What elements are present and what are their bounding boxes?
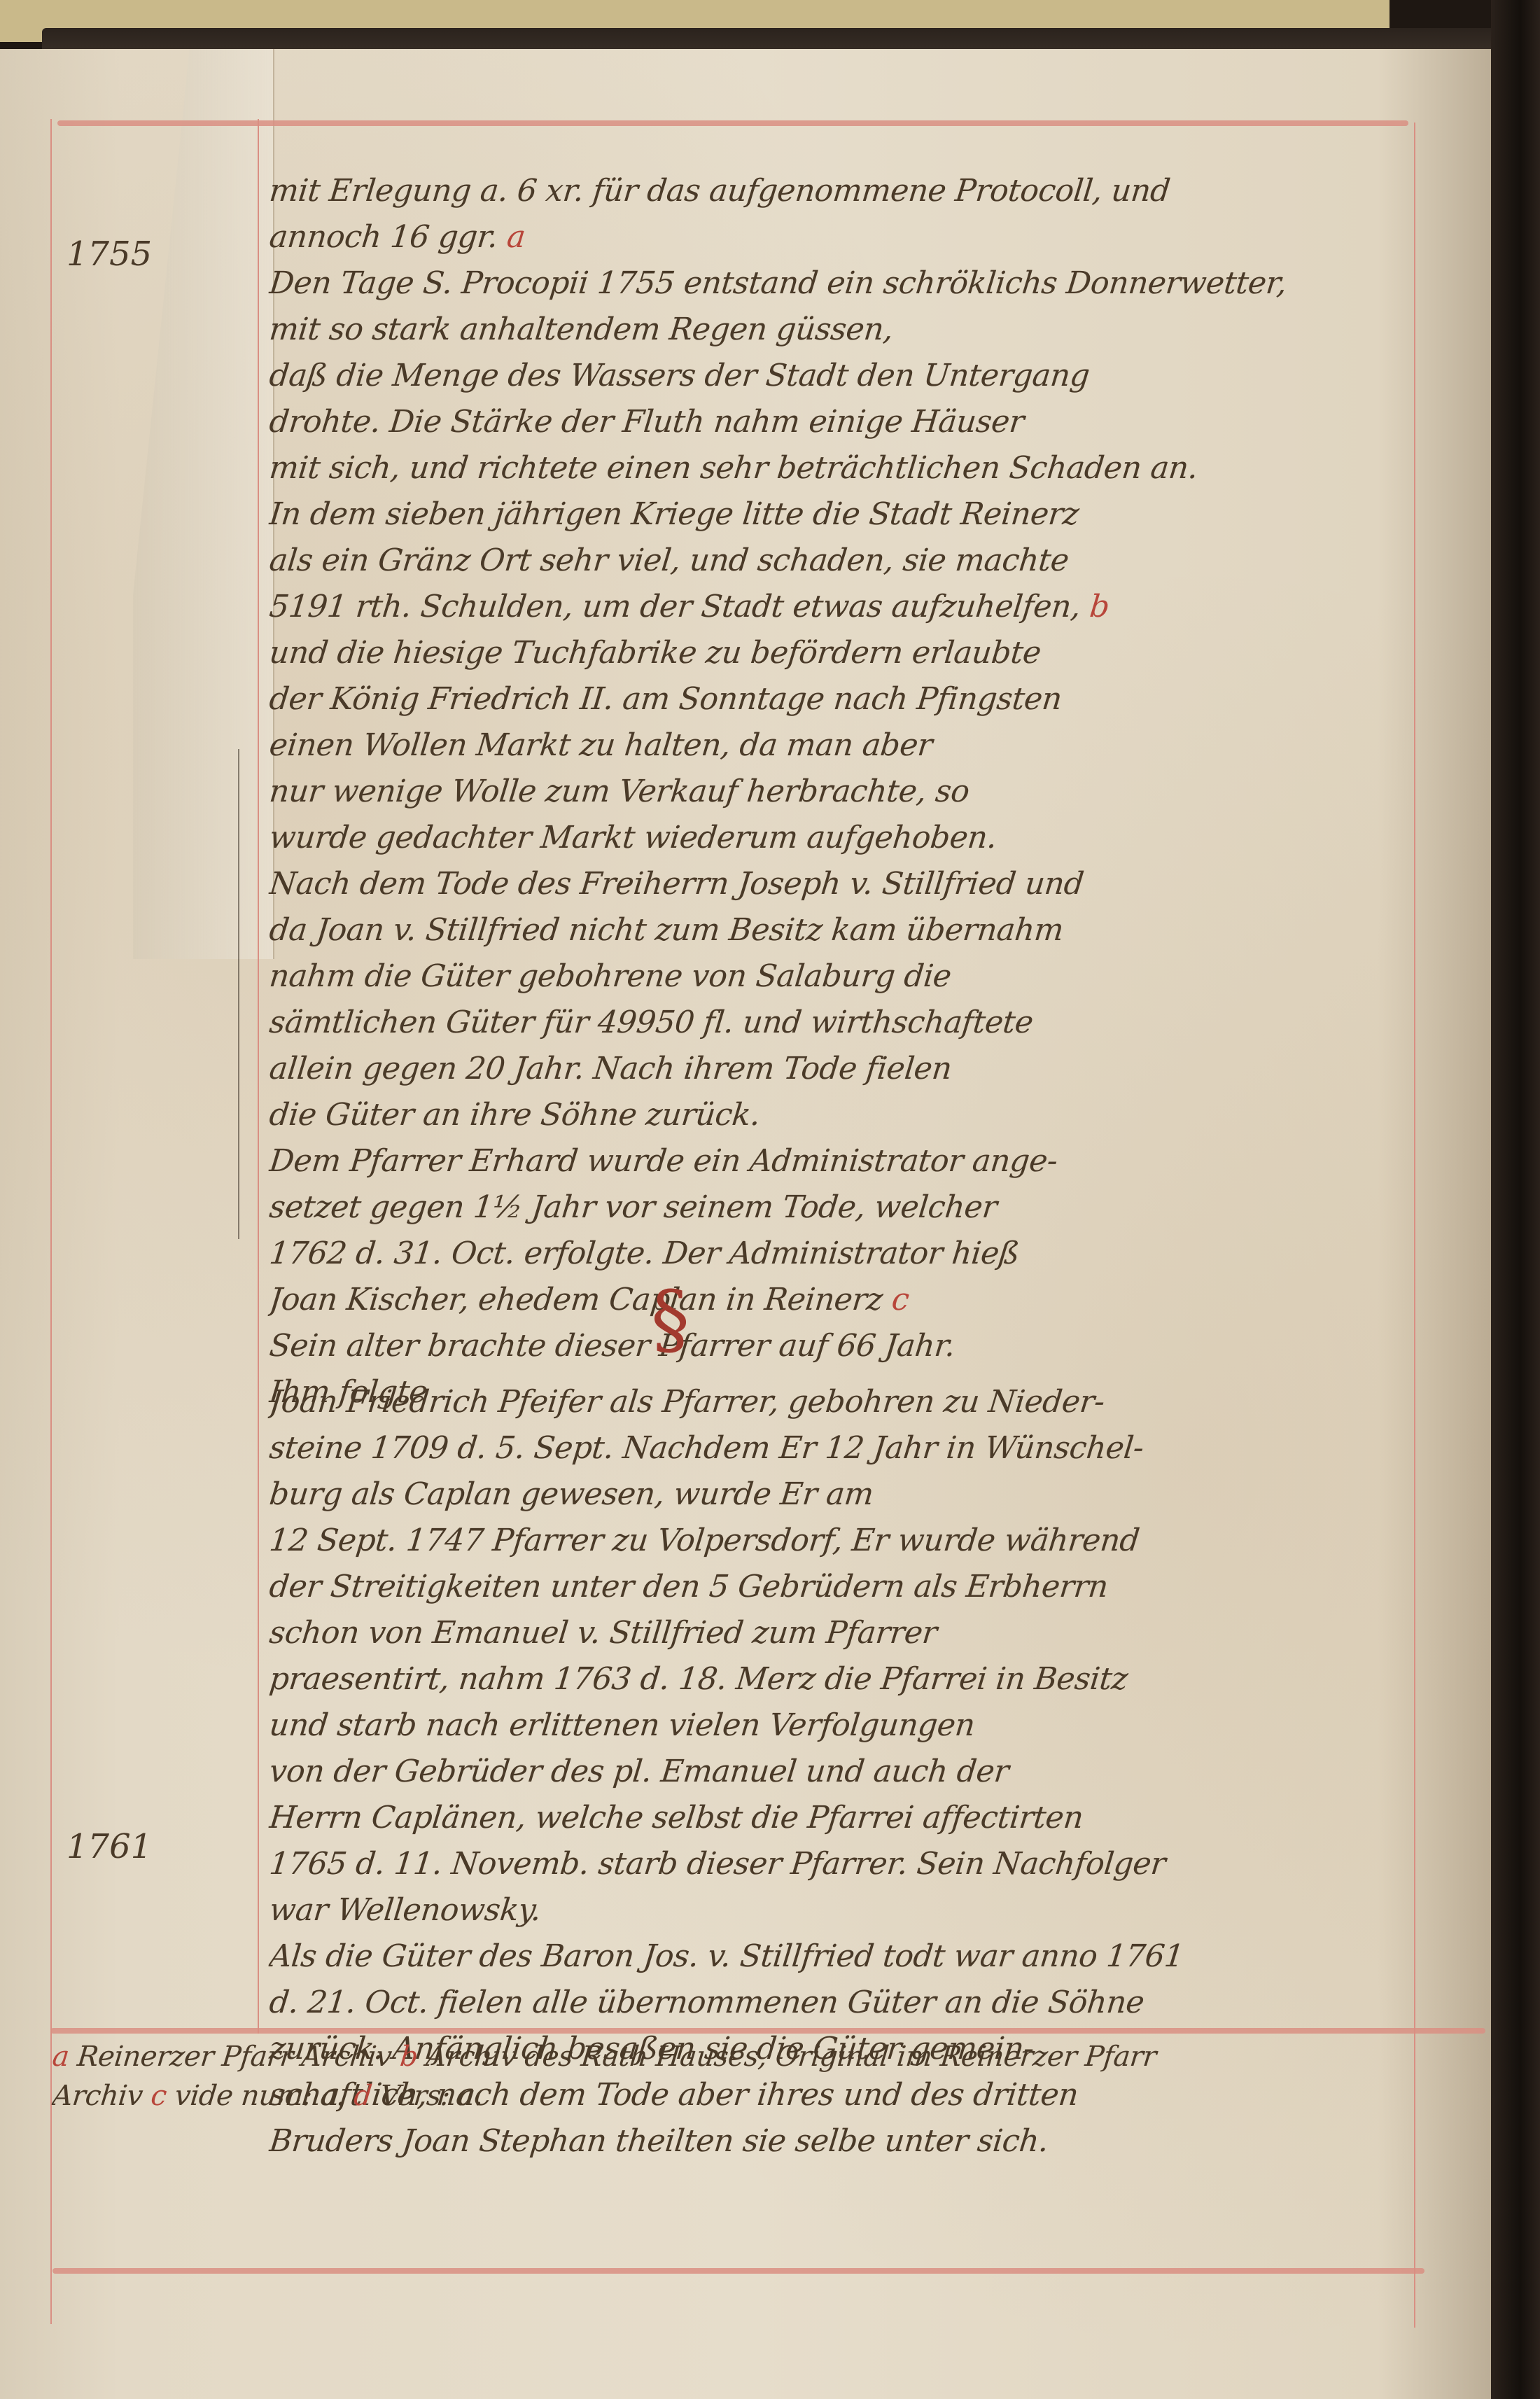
text-line: annoch 16 ggr. a bbox=[267, 214, 1420, 260]
text-line: Joan Kischer, ehedem Caplan in Reinerz c bbox=[267, 1277, 1420, 1323]
text-line: Bruders Joan Stephan theilten sie selbe … bbox=[267, 2118, 1420, 2164]
text-line: der König Friedrich II. am Sonntage nach… bbox=[267, 676, 1420, 722]
footnote-line: a Reinerzer Pfarr Archiv b Archiv des Ra… bbox=[50, 2037, 1420, 2076]
text-line: nur wenige Wolle zum Verkauf herbrachte,… bbox=[267, 769, 1420, 815]
text-line: In dem sieben jährigen Kriege litte die … bbox=[267, 491, 1420, 538]
manuscript-page: 1755 1761 mit Erlegung a. 6 xr. für das … bbox=[0, 49, 1498, 2399]
footnote-marker-b: b bbox=[1088, 589, 1111, 624]
text-line: der Streitigkeiten unter den 5 Gebrüdern… bbox=[267, 1564, 1420, 1610]
bottom-red-rule bbox=[52, 2268, 1424, 2274]
text-line: drohte. Die Stärke der Fluth nahm einige… bbox=[267, 399, 1420, 445]
text-line: Joan Friedrich Pfeifer als Pfarrer, gebo… bbox=[267, 1379, 1420, 1425]
text-line: burg als Caplan gewesen, wurde Er am bbox=[267, 1471, 1420, 1518]
text-line: Als die Güter des Baron Jos. v. Stillfri… bbox=[267, 1933, 1420, 1980]
section-sign: § bbox=[651, 1274, 689, 1364]
footnote-line: Archiv c vide num: a. d Vers: a. bbox=[50, 2076, 1420, 2115]
text-line: sämtlichen Güter für 49950 fl. und wirth… bbox=[267, 1000, 1420, 1046]
footnote-marker: d bbox=[352, 2080, 373, 2112]
margin-year-1761: 1761 bbox=[66, 1827, 152, 1866]
text-line: Dem Pfarrer Erhard wurde ein Administrat… bbox=[267, 1138, 1420, 1184]
text-line: und starb nach erlittenen vielen Verfolg… bbox=[267, 1702, 1420, 1749]
footnote-text: Archiv des Rath Hauses, Original im Rein… bbox=[425, 2041, 1158, 2073]
footnote-text: Vers: a. bbox=[379, 2080, 485, 2112]
footnote-marker: c bbox=[149, 2080, 168, 2112]
text-line: mit sich, und richtete einen sehr beträc… bbox=[267, 445, 1420, 491]
text-line: von der Gebrüder des pl. Emanuel und auc… bbox=[267, 1749, 1420, 1795]
footnote-text: vide num: a. bbox=[173, 2080, 346, 2112]
text-line: da Joan v. Stillfried nicht zum Besitz k… bbox=[267, 907, 1420, 953]
footnote-marker-a: a bbox=[505, 219, 527, 255]
text-line: die Güter an ihre Söhne zurück. bbox=[267, 1092, 1420, 1138]
text-line: Den Tage S. Procopii 1755 entstand ein s… bbox=[267, 260, 1420, 307]
book-binding-edge bbox=[1491, 0, 1540, 2399]
footnote-text: Reinerzer Pfarr Archiv bbox=[76, 2041, 393, 2073]
paper-repair-strip bbox=[133, 49, 274, 959]
text-line: wurde gedachter Markt wiederum aufgehobe… bbox=[267, 815, 1420, 861]
text-line: d. 21. Oct. fielen alle übernommenen Güt… bbox=[267, 1980, 1420, 2026]
text-line: Nach dem Tode des Freiherrn Joseph v. St… bbox=[267, 861, 1420, 907]
footnote-text: Archiv bbox=[51, 2080, 144, 2112]
text-line: setzet gegen 1½ Jahr vor seinem Tode, we… bbox=[267, 1184, 1420, 1231]
text-line: Herrn Caplänen, welche selbst die Pfarre… bbox=[267, 1795, 1420, 1841]
text-line: mit Erlegung a. 6 xr. für das aufgenomme… bbox=[267, 168, 1420, 214]
text-line: 12 Sept. 1747 Pfarrer zu Volpersdorf, Er… bbox=[267, 1518, 1420, 1564]
footnote-marker: b bbox=[398, 2041, 419, 2073]
text-line: 1762 d. 31. Oct. erfolgte. Der Administr… bbox=[267, 1231, 1420, 1277]
text-line: als ein Gränz Ort sehr viel, und schaden… bbox=[267, 538, 1420, 584]
text-line: nahm die Güter gebohrene von Salaburg di… bbox=[267, 953, 1420, 1000]
text-line: steine 1709 d. 5. Sept. Nachdem Er 12 Ja… bbox=[267, 1425, 1420, 1471]
text-line: daß die Menge des Wassers der Stadt den … bbox=[267, 353, 1420, 399]
outer-left-rule bbox=[50, 119, 52, 2324]
body-text-part1: mit Erlegung a. 6 xr. für das aufgenomme… bbox=[269, 168, 1417, 1415]
text-line: einen Wollen Markt zu halten, da man abe… bbox=[267, 722, 1420, 769]
margin-year-1755: 1755 bbox=[66, 235, 152, 274]
margin-rule bbox=[258, 119, 259, 2034]
pencil-margin-mark bbox=[238, 749, 239, 1239]
text-line: Sein alter brachte dieser Pfarrer auf 66… bbox=[267, 1323, 1420, 1369]
text-line: war Wellenowsky. bbox=[267, 1887, 1420, 1933]
footnotes: a Reinerzer Pfarr Archiv b Archiv des Ra… bbox=[52, 2037, 1417, 2115]
text-line: mit so stark anhaltendem Regen güssen, bbox=[267, 307, 1420, 353]
text-line: 1765 d. 11. Novemb. starb dieser Pfarrer… bbox=[267, 1841, 1420, 1887]
text-line: schon von Emanuel v. Stillfried zum Pfar… bbox=[267, 1610, 1420, 1656]
top-red-rule bbox=[57, 120, 1408, 126]
text-line: und die hiesige Tuchfabrike zu befördern… bbox=[267, 630, 1420, 676]
text-line: praesentirt, nahm 1763 d. 18. Merz die P… bbox=[267, 1656, 1420, 1702]
text-line: allein gegen 20 Jahr. Nach ihrem Tode fi… bbox=[267, 1046, 1420, 1092]
footnote-marker: a bbox=[51, 2041, 71, 2073]
footnote-marker-c: c bbox=[890, 1282, 911, 1317]
text-line: 5191 rth. Schulden, um der Stadt etwas a… bbox=[267, 584, 1420, 630]
